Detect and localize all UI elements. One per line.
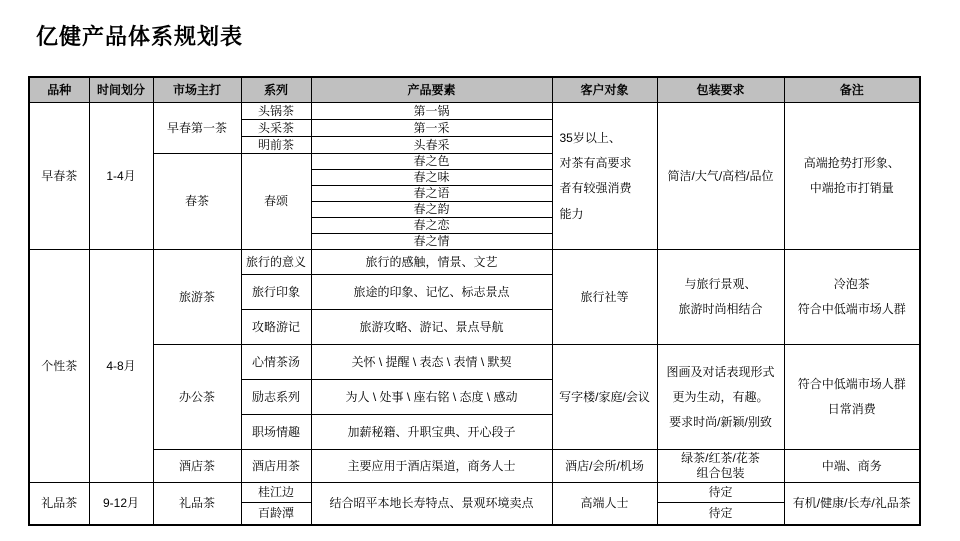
element-cell: 旅行的感触，情景、文艺 [311, 250, 552, 275]
table-row: 酒店茶 酒店用茶 主要应用于酒店渠道，商务人士 酒店/会所/机场 绿茶/红茶/花… [29, 450, 920, 483]
packaging-cell: 简洁/大气/高档/品位 [657, 103, 784, 250]
period-cell: 1-4月 [89, 103, 153, 250]
element-cell: 春之韵 [311, 202, 552, 218]
series-cell: 攻略游记 [241, 310, 311, 345]
customer-cell: 高端人士 [552, 483, 657, 525]
series-cell: 头锅茶 [241, 103, 311, 120]
column-header-element: 产品要素 [311, 77, 552, 103]
table-row: 早春茶 1-4月 早春第一茶 头锅茶 第一锅 35岁以上、 对茶有高要求 者有较… [29, 103, 920, 120]
remark-cell: 中端、商务 [784, 450, 920, 483]
series-cell: 百龄潭 [241, 503, 311, 525]
element-cell: 关怀 \ 提醒 \ 表态 \ 表情 \ 默契 [311, 345, 552, 380]
series-cell: 旅行印象 [241, 275, 311, 310]
product-plan-table: 品种 时间划分 市场主打 系列 产品要素 客户对象 包装要求 备注 早春茶 1-… [28, 76, 921, 526]
series-cell: 春颂 [241, 154, 311, 250]
element-cell: 为人 \ 处事 \ 座右铭 \ 态度 \ 感动 [311, 380, 552, 415]
element-cell: 头春采 [311, 137, 552, 154]
column-header-market: 市场主打 [153, 77, 241, 103]
element-cell: 春之恋 [311, 218, 552, 234]
element-cell: 主要应用于酒店渠道，商务人士 [311, 450, 552, 483]
market-cell: 办公茶 [153, 345, 241, 450]
series-cell: 头采茶 [241, 120, 311, 137]
page-title: 亿健产品体系规划表 [36, 24, 960, 50]
customer-cell: 35岁以上、 对茶有高要求 者有较强消费 能力 [552, 103, 657, 250]
table-row: 个性茶 4-8月 旅游茶 旅行的意义 旅行的感触，情景、文艺 旅行社等 与旅行景… [29, 250, 920, 275]
variety-cell: 礼品茶 [29, 483, 89, 525]
packaging-cell: 待定 [657, 503, 784, 525]
element-cell: 结合昭平本地长寿特点、景观环境卖点 [311, 483, 552, 525]
packaging-cell: 绿茶/红茶/花茶 组合包装 [657, 450, 784, 483]
customer-cell: 旅行社等 [552, 250, 657, 345]
column-header-series: 系列 [241, 77, 311, 103]
element-cell: 春之语 [311, 186, 552, 202]
column-header-customer: 客户对象 [552, 77, 657, 103]
series-cell: 心情茶汤 [241, 345, 311, 380]
market-cell: 早春第一茶 [153, 103, 241, 154]
packaging-cell: 图画及对话表现形式 更为生动，有趣。 要求时尚/新颖/别致 [657, 345, 784, 450]
variety-cell: 早春茶 [29, 103, 89, 250]
element-cell: 春之情 [311, 234, 552, 250]
series-cell: 励志系列 [241, 380, 311, 415]
series-cell: 旅行的意义 [241, 250, 311, 275]
packaging-cell: 与旅行景观、 旅游时尚相结合 [657, 250, 784, 345]
column-header-period: 时间划分 [89, 77, 153, 103]
column-header-remark: 备注 [784, 77, 920, 103]
remark-cell: 符合中低端市场人群 日常消费 [784, 345, 920, 450]
element-cell: 第一锅 [311, 103, 552, 120]
element-cell: 春之色 [311, 154, 552, 170]
period-cell: 4-8月 [89, 250, 153, 483]
table-row: 办公茶 心情茶汤 关怀 \ 提醒 \ 表态 \ 表情 \ 默契 写字楼/家庭/会… [29, 345, 920, 380]
market-cell: 礼品茶 [153, 483, 241, 525]
element-cell: 旅途的印象、记忆、标志景点 [311, 275, 552, 310]
packaging-cell: 待定 [657, 483, 784, 503]
series-cell: 桂江边 [241, 483, 311, 503]
element-cell: 加薪秘籍、升职宝典、开心段子 [311, 415, 552, 450]
remark-cell: 高端抢势打形象、 中端抢市打销量 [784, 103, 920, 250]
remark-cell: 有机/健康/长寿/礼品茶 [784, 483, 920, 525]
remark-cell: 冷泡茶 符合中低端市场人群 [784, 250, 920, 345]
series-cell: 明前茶 [241, 137, 311, 154]
market-cell: 春茶 [153, 154, 241, 250]
series-cell: 职场情趣 [241, 415, 311, 450]
column-header-variety: 品种 [29, 77, 89, 103]
table-row: 礼品茶 9-12月 礼品茶 桂江边 结合昭平本地长寿特点、景观环境卖点 高端人士… [29, 483, 920, 503]
element-cell: 旅游攻略、游记、景点导航 [311, 310, 552, 345]
market-cell: 酒店茶 [153, 450, 241, 483]
customer-cell: 酒店/会所/机场 [552, 450, 657, 483]
element-cell: 春之味 [311, 170, 552, 186]
element-cell: 第一采 [311, 120, 552, 137]
variety-cell: 个性茶 [29, 250, 89, 483]
customer-cell: 写字楼/家庭/会议 [552, 345, 657, 450]
market-cell: 旅游茶 [153, 250, 241, 345]
series-cell: 酒店用茶 [241, 450, 311, 483]
column-header-packaging: 包装要求 [657, 77, 784, 103]
header-row: 品种 时间划分 市场主打 系列 产品要素 客户对象 包装要求 备注 [29, 77, 920, 103]
period-cell: 9-12月 [89, 483, 153, 525]
